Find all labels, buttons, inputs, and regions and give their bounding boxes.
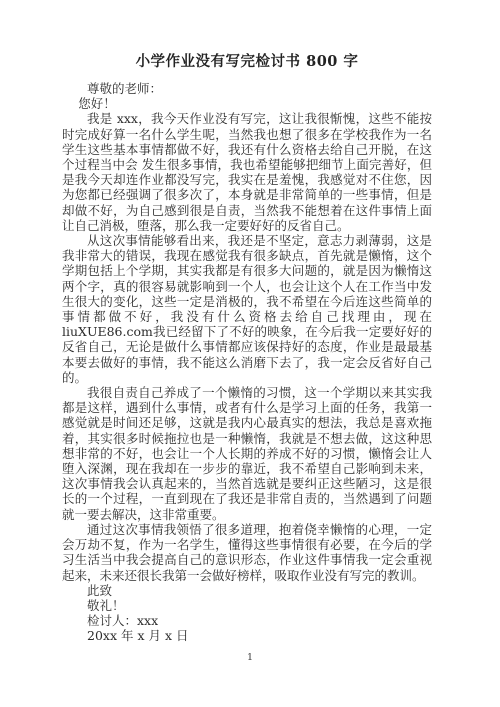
body-paragraph: 我是 xxx，我今天作业没有写完，这让我很惭愧，这些不能按时完成好算一名什么学生…	[62, 111, 432, 233]
closing-cizhi-line: 此致	[62, 583, 432, 598]
salutation-line: 尊敬的老师：	[62, 81, 432, 96]
page-number: 1	[0, 652, 500, 663]
closing-signer-line: 检讨人：xxx	[62, 613, 432, 628]
closing-jingli-line: 敬礼！	[62, 598, 432, 613]
document-content: 小学作业没有写完检讨书 800 字 尊敬的老师： 您好！ 我是 xxx，我今天作…	[62, 52, 432, 644]
greeting-line: 您好！	[62, 96, 432, 111]
document-page: 小学作业没有写完检讨书 800 字 尊敬的老师： 您好！ 我是 xxx，我今天作…	[0, 0, 500, 707]
document-title: 小学作业没有写完检讨书 800 字	[62, 52, 432, 71]
body-paragraph: 通过这次事情我领悟了很多道理，抱着侥幸懒惰的心理，一定会万劫不复，作为一名学生，…	[62, 522, 432, 583]
body-paragraph: 我很自责自己养成了一个懒惰的习惯，这一个学期以来其实我都是这样，遇到什么事情，或…	[62, 385, 432, 522]
closing-date-line: 20xx 年 x 月 x 日	[62, 628, 432, 643]
body-paragraph: 从这次事情能够看出来，我还是不坚定，意志力剥薄弱，这是我非常大的错误，我现在感觉…	[62, 233, 432, 385]
